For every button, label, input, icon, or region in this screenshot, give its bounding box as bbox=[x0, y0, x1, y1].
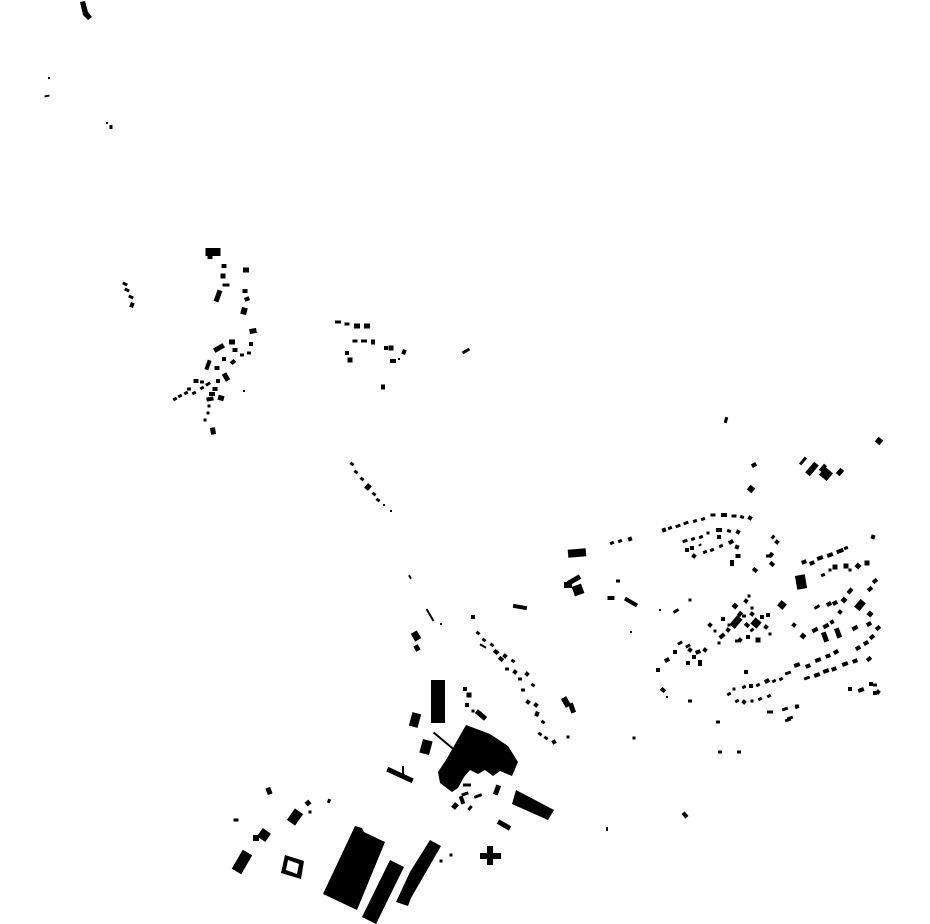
building-footprint bbox=[721, 617, 725, 621]
building-footprint bbox=[854, 599, 866, 611]
building-footprint bbox=[702, 647, 708, 653]
building-footprint bbox=[213, 387, 218, 391]
building-footprint bbox=[714, 630, 717, 633]
building-footprint bbox=[727, 529, 732, 533]
building-footprint bbox=[240, 354, 244, 357]
building-footprint bbox=[474, 793, 483, 799]
building-footprint bbox=[204, 419, 207, 422]
building-footprint bbox=[627, 536, 632, 541]
building-footprint bbox=[772, 679, 777, 684]
building-footprint bbox=[747, 515, 752, 520]
building-footprint bbox=[869, 634, 875, 640]
building-footprint bbox=[493, 784, 501, 795]
building-footprint bbox=[476, 631, 481, 636]
building-footprint bbox=[243, 390, 245, 392]
building-footprint bbox=[866, 621, 872, 627]
building-footprint bbox=[742, 685, 747, 690]
building-footprint bbox=[795, 574, 807, 590]
building-footprint bbox=[767, 694, 772, 699]
building-footprint bbox=[222, 372, 230, 381]
building-footprint bbox=[200, 381, 204, 384]
building-footprint bbox=[184, 391, 189, 396]
building-footprint bbox=[750, 617, 761, 628]
building-footprint bbox=[833, 565, 838, 570]
building-footprint bbox=[844, 564, 849, 569]
building-footprint bbox=[106, 122, 108, 124]
building-footprint bbox=[390, 359, 396, 363]
building-footprint bbox=[354, 470, 359, 475]
building-footprint bbox=[217, 395, 224, 401]
building-footprint bbox=[521, 689, 525, 692]
building-footprint bbox=[221, 274, 226, 279]
building-footprint bbox=[769, 633, 772, 636]
building-footprint bbox=[257, 828, 271, 842]
building-footprint bbox=[865, 561, 870, 566]
building-footprint bbox=[728, 624, 731, 627]
building-footprint bbox=[194, 379, 199, 383]
building-footprint bbox=[682, 811, 689, 818]
building-footprint bbox=[209, 392, 215, 396]
building-footprint bbox=[814, 604, 821, 610]
building-footprint bbox=[345, 351, 349, 355]
building-footprint bbox=[698, 543, 702, 546]
building-footprint bbox=[875, 625, 881, 631]
building-footprint bbox=[661, 527, 666, 532]
building-footprint bbox=[840, 596, 847, 603]
building-footprint bbox=[518, 678, 522, 681]
building-footprint bbox=[809, 560, 815, 565]
building-footprint bbox=[214, 290, 223, 303]
building-footprint bbox=[541, 720, 546, 725]
building-footprint bbox=[771, 535, 776, 540]
building-footprint bbox=[741, 699, 747, 705]
building-footprint bbox=[834, 627, 842, 638]
building-footprint bbox=[844, 546, 849, 550]
building-footprint bbox=[234, 819, 239, 822]
building-footprint bbox=[524, 671, 530, 677]
building-footprint bbox=[564, 582, 572, 588]
building-footprint bbox=[215, 366, 220, 370]
building-footprint bbox=[511, 659, 516, 664]
building-footprint bbox=[568, 702, 576, 713]
building-footprint bbox=[467, 693, 472, 698]
building-footprint bbox=[804, 676, 811, 681]
building-footprint bbox=[875, 437, 883, 445]
building-footprint bbox=[785, 671, 792, 676]
building-footprint bbox=[873, 684, 877, 687]
building-footprint bbox=[216, 379, 220, 383]
building-footprint bbox=[398, 358, 400, 360]
building-footprint bbox=[750, 628, 755, 633]
building-footprint bbox=[568, 548, 587, 558]
building-footprint bbox=[735, 699, 740, 704]
building-footprint bbox=[534, 711, 539, 717]
building-footprint bbox=[122, 282, 128, 287]
building-footprint bbox=[763, 624, 769, 630]
cross-building bbox=[480, 846, 501, 865]
building-footprint bbox=[848, 687, 852, 691]
building-footprint bbox=[735, 640, 739, 643]
building-footprint bbox=[610, 541, 615, 545]
building-footprint bbox=[731, 602, 738, 609]
building-footprint bbox=[353, 340, 358, 343]
building-footprint bbox=[376, 498, 381, 503]
building-footprint bbox=[869, 682, 873, 686]
building-footprint bbox=[836, 468, 844, 477]
building-footprint bbox=[688, 700, 692, 703]
building-footprint bbox=[777, 600, 787, 610]
building-footprint bbox=[233, 348, 238, 352]
east-slab bbox=[512, 790, 554, 820]
building-footprint bbox=[701, 517, 706, 521]
building-footprint bbox=[327, 799, 331, 804]
building-footprint bbox=[822, 623, 829, 629]
building-footprint bbox=[192, 391, 197, 396]
building-footprint bbox=[463, 784, 471, 787]
building-footprint bbox=[799, 457, 807, 466]
building-footprint bbox=[666, 696, 668, 698]
building-footprint bbox=[710, 548, 715, 552]
building-footprint bbox=[206, 396, 214, 401]
building-footprint bbox=[533, 702, 539, 708]
building-footprint bbox=[205, 381, 211, 386]
building-footprint bbox=[837, 609, 843, 615]
building-footprint bbox=[779, 677, 784, 682]
building-footprint bbox=[836, 548, 844, 554]
building-footprint bbox=[863, 640, 869, 646]
building-footprint bbox=[390, 510, 392, 512]
building-footprint bbox=[440, 623, 442, 625]
building-footprint bbox=[822, 668, 829, 674]
building-footprint bbox=[497, 819, 512, 830]
building-footprint bbox=[606, 827, 608, 831]
building-footprint bbox=[718, 642, 721, 645]
building-footprint bbox=[867, 586, 873, 592]
building-footprint bbox=[729, 615, 742, 629]
building-footprint bbox=[698, 660, 702, 666]
building-footprint bbox=[733, 688, 736, 691]
building-footprint bbox=[48, 77, 50, 79]
building-footprint bbox=[475, 709, 487, 721]
tall-rect bbox=[431, 680, 445, 723]
building-footprint bbox=[690, 546, 694, 550]
large-building-footprints bbox=[80, 1, 554, 924]
building-footprint bbox=[493, 649, 499, 655]
building-footprint bbox=[309, 811, 312, 814]
building-footprint bbox=[204, 360, 211, 371]
building-footprint bbox=[512, 669, 518, 675]
building-footprint bbox=[724, 417, 728, 424]
building-footprint bbox=[716, 721, 720, 724]
building-footprint bbox=[826, 552, 833, 558]
building-footprint bbox=[767, 711, 773, 714]
building-footprint bbox=[244, 296, 250, 301]
building-footprint bbox=[364, 324, 370, 329]
building-footprint bbox=[734, 544, 739, 549]
building-footprint bbox=[253, 835, 259, 841]
building-footprint bbox=[725, 627, 731, 633]
building-footprint bbox=[208, 253, 213, 259]
building-footprint bbox=[686, 661, 690, 665]
building-footprint bbox=[459, 796, 465, 805]
building-footprint bbox=[401, 349, 406, 355]
building-footprint bbox=[630, 631, 632, 633]
building-footprint bbox=[760, 615, 764, 619]
building-footprint bbox=[208, 405, 211, 408]
building-footprint bbox=[419, 739, 432, 755]
building-footprint bbox=[408, 575, 412, 579]
building-footprint bbox=[413, 644, 420, 652]
building-footprint bbox=[660, 687, 666, 693]
building-footprint bbox=[728, 539, 734, 545]
building-footprint bbox=[756, 638, 761, 643]
building-footprint bbox=[472, 710, 475, 713]
building-footprint bbox=[769, 561, 775, 567]
building-footprint bbox=[816, 555, 823, 561]
building-footprint bbox=[831, 666, 837, 671]
building-footprint bbox=[677, 640, 683, 645]
building-footprint bbox=[744, 622, 750, 628]
building-footprint bbox=[782, 707, 789, 712]
building-footprint bbox=[814, 657, 821, 663]
building-footprint bbox=[721, 513, 727, 517]
building-footprint bbox=[695, 649, 701, 654]
building-footprint bbox=[350, 462, 355, 467]
building-footprint bbox=[348, 358, 353, 363]
building-footprint bbox=[718, 633, 725, 640]
building-footprint bbox=[544, 736, 549, 741]
building-footprint bbox=[223, 284, 230, 287]
building-footprint bbox=[829, 569, 832, 572]
building-footprint bbox=[304, 799, 311, 806]
building-footprint bbox=[173, 397, 178, 402]
building-footprint bbox=[222, 357, 226, 361]
building-footprint bbox=[668, 526, 673, 530]
building-footprint bbox=[727, 692, 732, 697]
building-footprint bbox=[764, 678, 770, 684]
building-footprint bbox=[354, 324, 360, 329]
building-footprint bbox=[793, 662, 800, 668]
building-footprint bbox=[774, 539, 780, 545]
building-footprint bbox=[426, 608, 435, 621]
building-footprint bbox=[711, 514, 716, 517]
building-footprint bbox=[551, 739, 556, 744]
building-footprint bbox=[825, 653, 831, 658]
building-footprint bbox=[656, 668, 660, 672]
building-footprint bbox=[402, 766, 404, 774]
building-footprint bbox=[381, 385, 385, 390]
building-footprint bbox=[538, 732, 543, 737]
building-footprint bbox=[673, 650, 677, 654]
building-footprint bbox=[683, 521, 689, 526]
building-footprint bbox=[736, 554, 741, 558]
building-footprint bbox=[756, 683, 761, 688]
building-footprint bbox=[870, 534, 875, 539]
building-footprint bbox=[345, 323, 350, 326]
building-footprint bbox=[873, 691, 877, 695]
building-footprint bbox=[795, 705, 799, 708]
building-footprint bbox=[699, 535, 704, 539]
building-footprint bbox=[682, 539, 688, 544]
building-footprint bbox=[811, 627, 818, 633]
building-footprint bbox=[855, 645, 861, 651]
building-footprint bbox=[747, 485, 755, 493]
building-footprint bbox=[693, 519, 698, 523]
building-footprint bbox=[716, 528, 722, 532]
building-footprint bbox=[821, 573, 826, 577]
building-footprint bbox=[766, 555, 770, 558]
building-footprint bbox=[361, 340, 367, 343]
building-footprint bbox=[746, 635, 750, 639]
building-footprint bbox=[463, 687, 467, 691]
building-footprint bbox=[751, 607, 754, 610]
building-footprint bbox=[849, 569, 852, 572]
building-footprint bbox=[851, 625, 858, 631]
building-footprint bbox=[232, 850, 253, 875]
building-footprint bbox=[616, 580, 620, 583]
building-footprint bbox=[707, 622, 713, 628]
building-footprint bbox=[805, 462, 819, 477]
building-footprint bbox=[832, 600, 838, 606]
building-footprint bbox=[841, 661, 848, 667]
building-footprint bbox=[240, 307, 248, 315]
building-footprint bbox=[249, 342, 253, 346]
building-footprint bbox=[450, 854, 453, 857]
figure-ground-map bbox=[0, 0, 930, 924]
building-footprint bbox=[467, 805, 473, 811]
building-footprint bbox=[335, 321, 341, 324]
building-footprint bbox=[531, 683, 536, 688]
building-footprint bbox=[664, 657, 670, 663]
building-footprint bbox=[703, 550, 708, 554]
long-slab-3 bbox=[396, 840, 441, 906]
building-footprint bbox=[751, 700, 754, 703]
building-footprint bbox=[691, 553, 697, 559]
building-footprint bbox=[207, 412, 210, 415]
building-footprint bbox=[124, 288, 130, 293]
building-footprint bbox=[230, 359, 236, 365]
building-footprint bbox=[866, 656, 872, 662]
building-footprint bbox=[128, 295, 134, 300]
building-footprint bbox=[265, 787, 272, 795]
building-footprint bbox=[689, 599, 692, 602]
building-footprint bbox=[749, 611, 755, 617]
building-footprint bbox=[440, 860, 443, 863]
building-footprint bbox=[451, 802, 459, 810]
building-footprint bbox=[213, 343, 225, 353]
building-footprint bbox=[383, 504, 385, 506]
building-footprint bbox=[364, 483, 372, 491]
building-footprint bbox=[791, 622, 797, 628]
building-footprint bbox=[505, 668, 509, 671]
building-footprint bbox=[801, 559, 807, 564]
central-complex bbox=[438, 725, 518, 792]
building-footprint bbox=[687, 647, 693, 653]
building-footprint bbox=[685, 548, 689, 552]
building-footprint bbox=[462, 348, 470, 355]
building-footprint bbox=[872, 578, 878, 584]
building-footprint bbox=[44, 95, 49, 98]
building-footprint bbox=[287, 808, 303, 825]
building-footprint bbox=[751, 462, 757, 468]
building-footprint bbox=[633, 737, 636, 740]
building-footprint bbox=[852, 658, 858, 663]
building-footprint bbox=[749, 684, 753, 688]
building-footprint bbox=[847, 587, 854, 594]
building-footprint bbox=[243, 289, 248, 293]
building-footprint bbox=[854, 562, 861, 569]
building-footprint bbox=[813, 672, 820, 678]
building-footprint bbox=[624, 597, 638, 607]
building-footprint bbox=[740, 515, 745, 519]
building-footprint bbox=[866, 610, 873, 617]
building-footprint bbox=[479, 643, 486, 648]
building-footprint bbox=[752, 567, 758, 573]
building-footprint bbox=[707, 532, 710, 535]
building-footprint bbox=[732, 515, 737, 518]
building-footprint bbox=[384, 346, 388, 350]
building-footprint bbox=[718, 751, 722, 754]
building-footprint bbox=[675, 524, 681, 529]
building-footprint bbox=[618, 539, 623, 543]
building-footprint bbox=[743, 598, 749, 604]
building-footprint bbox=[210, 427, 216, 435]
building-footprint bbox=[758, 697, 763, 702]
building-footprint bbox=[490, 643, 495, 648]
north-curved-building bbox=[80, 1, 92, 20]
building-footprint bbox=[222, 264, 227, 268]
building-footprint bbox=[737, 751, 741, 754]
building-footprint bbox=[471, 615, 475, 619]
building-footprint bbox=[572, 584, 585, 597]
building-footprint bbox=[692, 655, 696, 659]
building-footprint bbox=[465, 703, 469, 707]
building-footprint bbox=[730, 560, 734, 566]
building-footprint bbox=[829, 619, 834, 624]
building-footprint bbox=[821, 631, 829, 642]
building-footprint bbox=[735, 529, 740, 534]
building-footprint bbox=[799, 632, 806, 639]
building-footprint bbox=[717, 535, 721, 539]
building-footprint bbox=[409, 712, 421, 728]
building-footprint bbox=[719, 544, 724, 548]
building-footprint bbox=[742, 615, 746, 618]
building-footprint bbox=[857, 687, 864, 693]
building-footprint bbox=[513, 604, 527, 610]
building-footprint bbox=[482, 638, 487, 643]
building-footprint bbox=[360, 477, 365, 482]
building-footprint bbox=[608, 596, 615, 600]
building-footprint bbox=[833, 649, 839, 655]
building-footprint bbox=[187, 388, 191, 391]
building-footprint bbox=[371, 340, 375, 345]
building-footprint bbox=[411, 630, 422, 641]
building-footprint bbox=[744, 670, 748, 674]
building-footprint bbox=[525, 699, 531, 705]
building-footprint bbox=[247, 352, 251, 355]
building-footprint bbox=[805, 663, 811, 668]
building-footprint bbox=[389, 346, 394, 351]
building-footprint bbox=[243, 268, 249, 273]
building-footprint bbox=[673, 608, 680, 614]
building-footprint bbox=[826, 601, 832, 607]
building-footprint bbox=[372, 492, 377, 497]
building-footprint bbox=[386, 767, 413, 783]
building-footprint bbox=[766, 613, 770, 617]
building-footprint bbox=[200, 386, 205, 391]
building-footprint bbox=[229, 340, 235, 345]
building-footprint bbox=[110, 125, 113, 129]
